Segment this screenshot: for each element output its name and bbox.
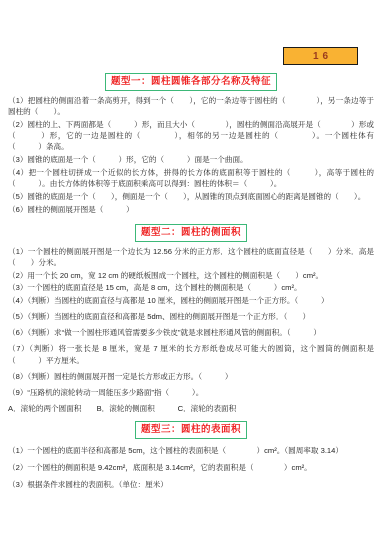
section-title-1: 题型一：圆柱圆锥各部分名称及特征 xyxy=(105,73,277,91)
section-2-questions: （1）一个圆柱的侧面展开图是一个边长为 12.56 分米的正方形．这个圆柱的底面… xyxy=(8,246,374,415)
worksheet-content: 题型一：圆柱圆锥各部分名称及特征 （1）把圆柱的侧面沿着一条高剪开，得到一个（ … xyxy=(0,71,382,496)
question-item: （3）一个圆柱的底面直径是 15 cm，高是 8 cm，这个圆柱的侧面积是（ ）… xyxy=(8,282,374,293)
question-item: （2）圆柱的上、下两面都是（ ）形，而且大小（ ），圆柱的侧面沿高展开是（ ）形… xyxy=(8,119,374,152)
question-options: A．滚轮的两个圆面积 B．滚轮的侧面积 C．滚轮的表面积 xyxy=(8,403,374,415)
question-item: （4）（判断）当圆柱的底面直径与高都是 10 厘米，圆柱的侧面展开图是一个正方形… xyxy=(8,295,374,307)
question-item: （2）用一个长 20 cm，宽 12 cm 的硬纸板围成一个圆柱，这个圆柱的侧面… xyxy=(8,270,374,281)
section-header-1: 题型一：圆柱圆锥各部分名称及特征 xyxy=(8,71,374,91)
question-item: （1）把圆柱的侧面沿着一条高剪开，得到一个（ ），它的一条边等于圆柱的（ ），另… xyxy=(8,95,374,117)
section-title-3: 题型三：圆柱的表面积 xyxy=(135,421,247,439)
section-1-questions: （1）把圆柱的侧面沿着一条高剪开，得到一个（ ），它的一条边等于圆柱的（ ），另… xyxy=(8,95,374,215)
question-item: （6）（判断）求“做一个圆柱形通风管需要多少铁皮”就是求圆柱形通风管的侧面积。（… xyxy=(8,327,374,339)
question-item: （4）把一个圆柱切拼成一个近似的长方体，拼得的长方体的底面积等于圆柱的（ ），高… xyxy=(8,167,374,189)
question-item: （8）（判断）圆柱的侧面展开图一定是长方形或正方形。（ ） xyxy=(8,371,374,383)
section-header-2: 题型二：圆柱的侧面积 xyxy=(8,222,374,242)
worksheet-page: 16 题型一：圆柱圆锥各部分名称及特征 （1）把圆柱的侧面沿着一条高剪开，得到一… xyxy=(0,0,382,540)
question-item: （1）一个圆柱的底面半径和高都是 5cm，这个圆柱的表面积是（ ）cm²。（圆周… xyxy=(8,445,374,456)
page-number-badge: 16 xyxy=(283,47,358,65)
question-item: （9）“压路机的滚轮转动一周能压多少路面”指（ ）。 xyxy=(8,387,374,399)
section-header-3: 题型三：圆柱的表面积 xyxy=(8,419,374,439)
question-item: （5）（判断）当圆柱的底面直径和高都是 5dm、圆柱的侧面展开图是一个正方形．（… xyxy=(8,311,374,323)
question-item: （3）根据条件求圆柱的表面积。（单位：厘米） xyxy=(8,479,374,490)
question-item: （5）圆锥的底面是一个（ ），侧面是一个（ ），从圆锥的顶点到底面圆心的距离是圆… xyxy=(8,191,374,202)
question-item: （3）圆锥的底面是一个（ ）形，它的（ ）面是一个曲面。 xyxy=(8,154,374,165)
question-item: （2）一个圆柱的侧面积是 9.42cm²，底面积是 3.14cm²，它的表面积是… xyxy=(8,462,374,473)
section-3-questions: （1）一个圆柱的底面半径和高都是 5cm，这个圆柱的表面积是（ ）cm²。（圆周… xyxy=(8,445,374,490)
question-item: （6）圆柱的侧面展开图是（ ） xyxy=(8,204,374,215)
question-item: （1）一个圆柱的侧面展开图是一个边长为 12.56 分米的正方形．这个圆柱的底面… xyxy=(8,246,374,268)
question-item: （7）（判断）将一张长是 8 厘米，宽是 7 厘米的长方形纸卷成尽可能大的圆筒，… xyxy=(8,343,374,367)
section-title-2: 题型二：圆柱的侧面积 xyxy=(135,224,247,242)
